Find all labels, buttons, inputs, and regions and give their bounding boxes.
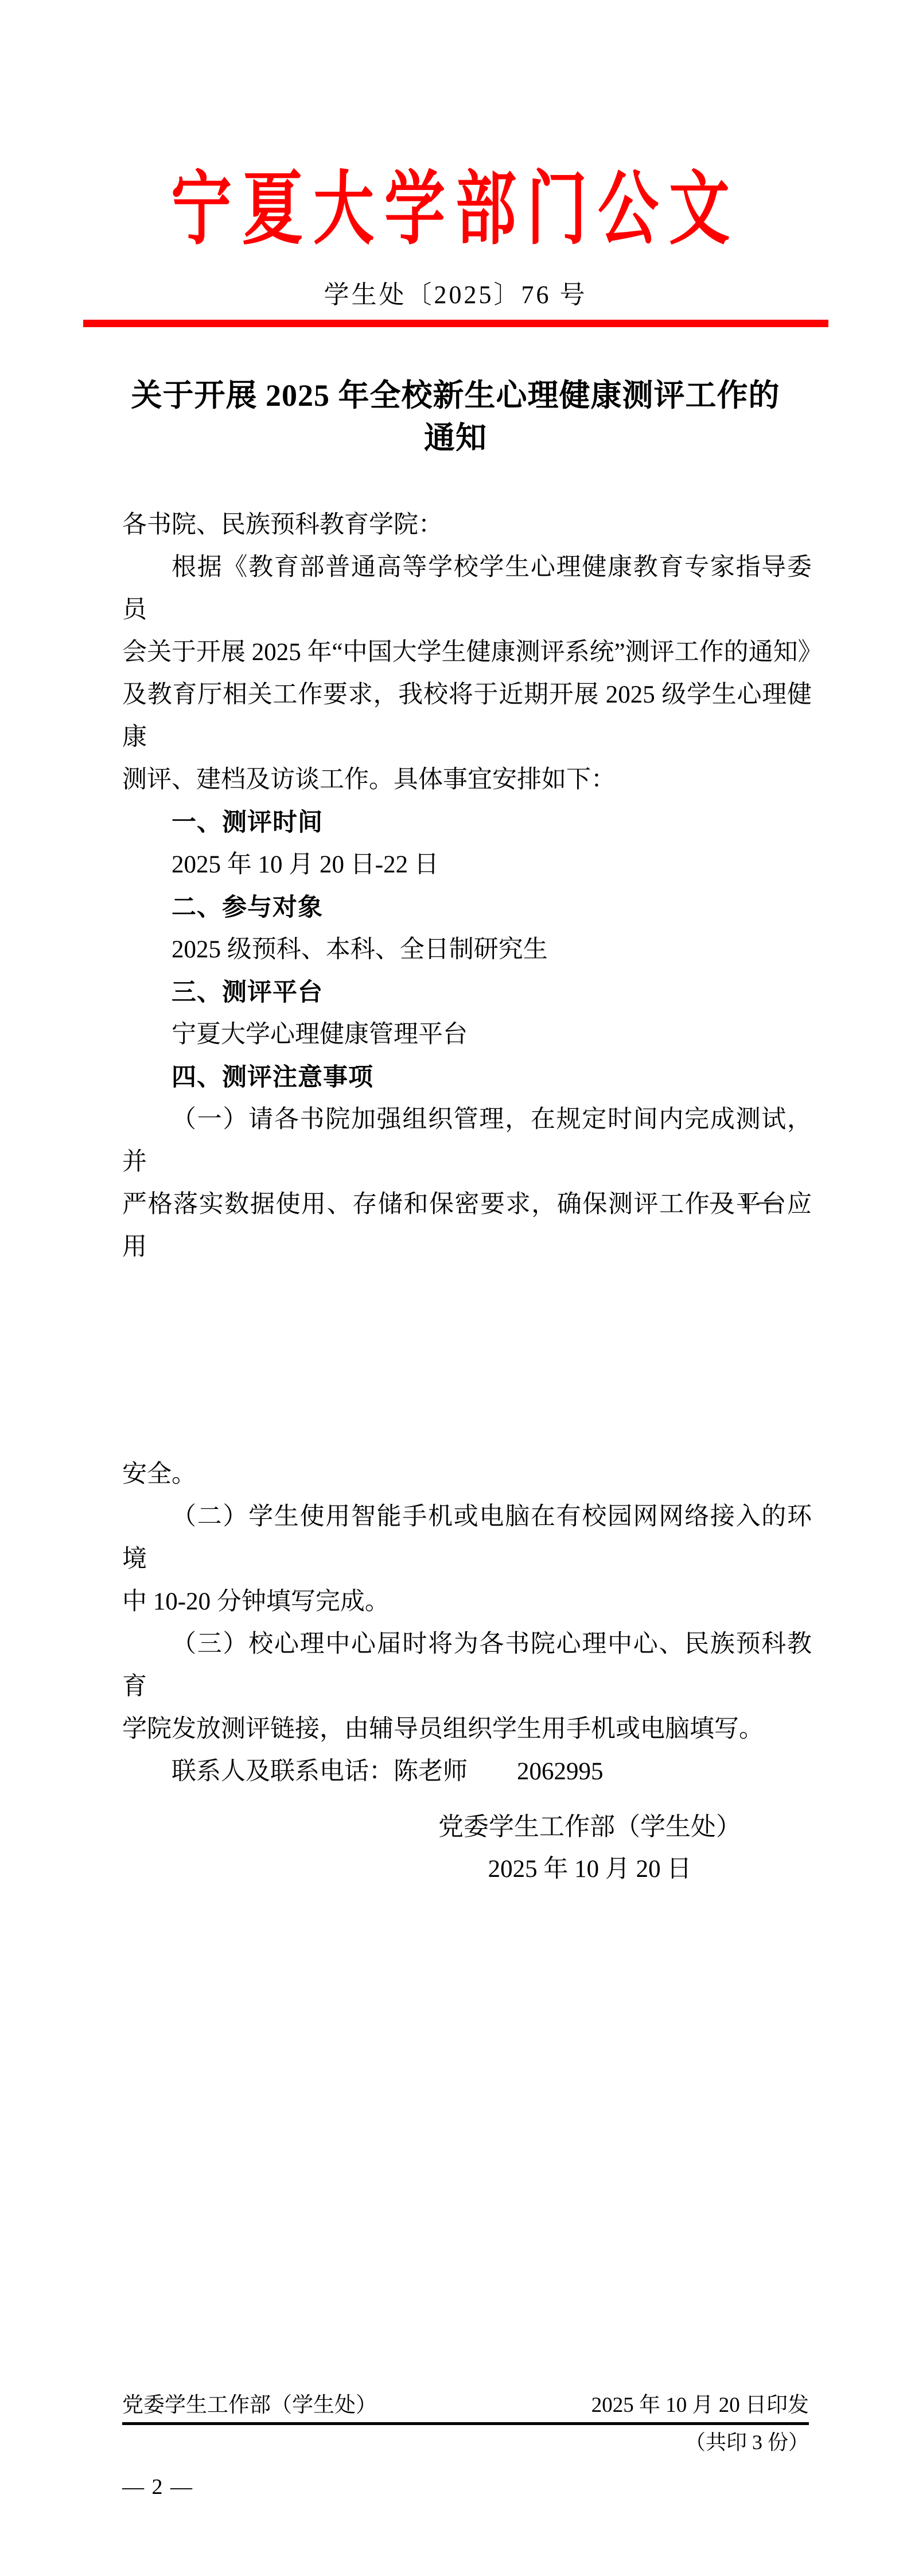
text-line: 学院发放测评链接，由辅导员组织学生用手机或电脑填写。 (122, 1708, 812, 1751)
masthead: 宁夏大学部门公文 (0, 170, 911, 250)
signature-department: 党委学生工作部（学生处） (438, 1806, 741, 1848)
text-line: 二、参与对象 (122, 886, 812, 929)
text-line: 联系人及联系电话：陈老师 2062995 (122, 1751, 812, 1793)
text-line: 测评、建档及访谈工作。具体事宜安排如下： (122, 759, 812, 801)
text-line: （三）校心理中心届时将为各书院心理中心、民族预科教育 (122, 1623, 812, 1708)
text-line: 根据《教育部普通高等学校学生心理健康教育专家指导委员 (122, 546, 812, 631)
document-title-line1: 关于开展 2025 年全校新生心理健康测评工作的 (60, 374, 851, 417)
text-line: （一）请各书院加强组织管理，在规定时间内完成测试，并 (122, 1099, 812, 1184)
text-line: 及教育厅相关工作要求，我校将于近期开展 2025 级学生心理健康 (122, 674, 812, 759)
text-line: 2025 级预科、本科、全日制研究生 (122, 929, 812, 971)
text-line: 安全。 (122, 1453, 812, 1496)
page1-body: 各书院、民族预科教育学院：根据《教育部普通高等学校学生心理健康教育专家指导委员会… (122, 504, 812, 1268)
signature-block: 党委学生工作部（学生处） 2025 年 10 月 20 日 (438, 1806, 741, 1891)
text-line: 会关于开展 2025 年“中国大学生健康测评系统”测评工作的通知》 (122, 631, 812, 674)
footer-copies-note: （共印 3 份） (685, 2430, 809, 2455)
signature-date: 2025 年 10 月 20 日 (438, 1848, 741, 1891)
document-title: 关于开展 2025 年全校新生心理健康测评工作的 通知 (60, 374, 851, 459)
text-line: 中 10-20 分钟填写完成。 (122, 1581, 812, 1623)
footer-issuer: 党委学生工作部（学生处） (122, 2392, 377, 2419)
footer-divider-rule (122, 2422, 809, 2425)
red-divider-rule (83, 320, 828, 327)
masthead-title: 宁夏大学部门公文 (171, 157, 740, 263)
text-line: 三、测评平台 (122, 971, 812, 1014)
official-document-page: 宁夏大学部门公文 学生处〔2025〕76 号 关于开展 2025 年全校新生心理… (0, 0, 911, 2576)
text-line: 各书院、民族预科教育学院： (122, 504, 812, 546)
page2-number: — 2 — (122, 2475, 193, 2499)
text-line: 四、测评注意事项 (122, 1056, 812, 1099)
page1-number: — 1 — (683, 1189, 809, 1213)
text-line: 宁夏大学心理健康管理平台 (122, 1014, 812, 1056)
text-line: 2025 年 10 月 20 日-22 日 (122, 844, 812, 886)
text-line: 一、测评时间 (122, 801, 812, 844)
footer-print-date: 2025 年 10 月 20 日印发 (591, 2392, 809, 2419)
text-line: （二）学生使用智能手机或电脑在有校园网网络接入的环境 (122, 1496, 812, 1581)
page2-body: 安全。（二）学生使用智能手机或电脑在有校园网网络接入的环境中 10-20 分钟填… (122, 1453, 812, 1793)
document-title-line2: 通知 (60, 417, 851, 459)
document-number: 学生处〔2025〕76 号 (0, 279, 911, 311)
